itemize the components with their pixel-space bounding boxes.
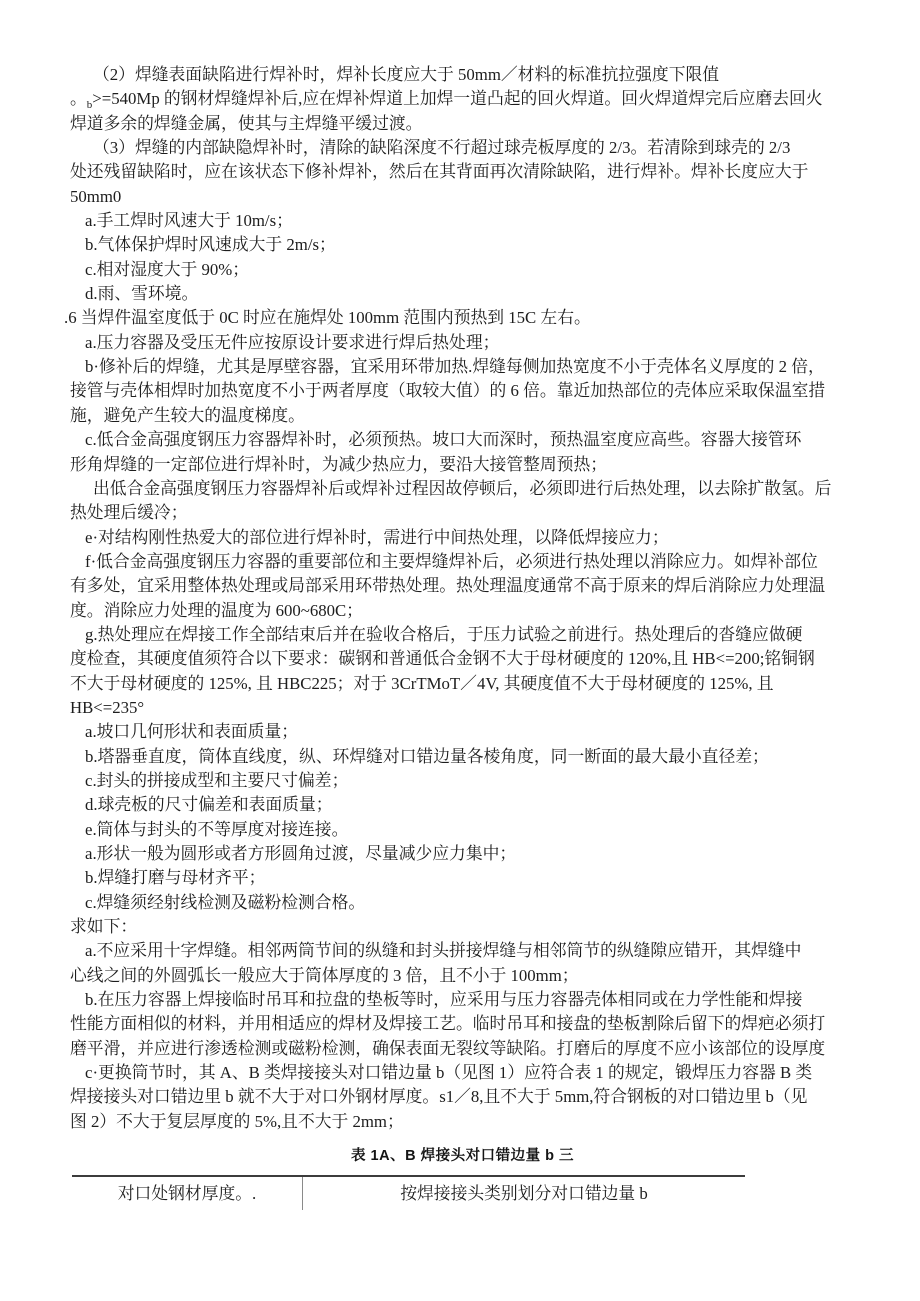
text-line: 心线之间的外圆弧长一般应大于筒体厚度的 3 倍，且不小于 100mm； [70, 964, 862, 988]
text-line: e·对结构刚性热爱大的部位进行焊补时，需进行中间热处理，以降低焊接应力； [70, 526, 862, 550]
text-line: c·更换筒节时，其 A、B 类焊接接头对口错边量 b（见图 1）应符合表 1 的… [70, 1061, 862, 1085]
text-line: 热处理后缓冷； [70, 501, 862, 525]
text-line: b.焊缝打磨与母材齐平； [70, 866, 862, 890]
text-line: c.封头的拼接成型和主要尺寸偏差； [70, 769, 862, 793]
table-caption: 表 1A、B 焊接头对口错边量 b 三 [70, 1144, 855, 1168]
text-line: c.焊缝须经射线检测及磁粉检测合格。 [70, 891, 862, 915]
text-line: 磨平滑，并应进行渗透检测或磁粉检测，确保表面无裂纹等缺陷。打磨后的厚度不应小该部… [70, 1037, 862, 1061]
document-content: （2）焊缝表面缺陷进行焊补时，焊补长度应大于 50mm／材料的标准抗拉强度下限值… [0, 0, 920, 1210]
text-line: 50mm0 [70, 185, 862, 209]
text-line: a.坡口几何形状和表面质量； [70, 720, 862, 744]
text-line: 焊道多余的焊缝金属，使其与主焊缝平缓过渡。 [70, 112, 862, 136]
text-line: b·修补后的焊缝，尤其是厚壁容器，宜采用环带加热.焊缝每侧加热宽度不小于壳体名义… [70, 355, 862, 379]
text-line: f·低合金高强度钢压力容器的重要部位和主要焊缝焊补后，必须进行热处理以消除应力。… [70, 550, 862, 574]
misalignment-table: 对口处钢材厚度。. 按焊接接头类别划分对口错边量 b [72, 1175, 745, 1210]
text-line: 度检查，其硬度值须符合以下要求：碳钢和普通低合金钢不大于母材硬度的 120%,且… [70, 647, 862, 671]
text-line: （2）焊缝表面缺陷进行焊补时，焊补长度应大于 50mm／材料的标准抗拉强度下限值 [70, 63, 862, 87]
document-page: （2）焊缝表面缺陷进行焊补时，焊补长度应大于 50mm／材料的标准抗拉强度下限值… [0, 0, 920, 1301]
text-lines: （2）焊缝表面缺陷进行焊补时，焊补长度应大于 50mm／材料的标准抗拉强度下限值… [70, 63, 862, 1134]
text-line: .6 当焊件温室度低于 0C 时应在施焊处 100mm 范围内预热到 15C 左… [64, 306, 862, 330]
text-line: 形角焊缝的一定部位进行焊补时，为减少热应力，要沿大接管整周预热； [70, 453, 862, 477]
col-header-steel-thickness: 对口处钢材厚度。. [72, 1177, 303, 1210]
line-text: >=540Mp 的钢材焊缝焊补后,应在焊补焊道上加焊一道凸起的回火焊道。回火焊道… [92, 89, 822, 108]
text-line: c.相对湿度大于 90%； [70, 258, 862, 282]
text-line: 度。消除应力处理的温度为 600~680C； [70, 599, 862, 623]
text-line: b.在压力容器上焊接临时吊耳和拉盘的垫板等时，应采用与压力容器壳体相同或在力学性… [70, 988, 862, 1012]
text-line: 处还残留缺陷时，应在该状态下修补焊补，然后在其背面再次清除缺陷，进行焊补。焊补长… [70, 160, 862, 184]
text-line: 不大于母材硬度的 125%, 且 HBC225；对于 3CrTMoT／4V, 其… [70, 672, 862, 696]
text-line: 求如下： [70, 915, 862, 939]
text-line: b.塔器垂直度，筒体直线度，纵、环焊缝对口错边量各棱角度，同一断面的最大最小直径… [70, 745, 862, 769]
text-line: 性能方面相似的材料，并用相适应的焊材及焊接工艺。临时吊耳和接盘的垫板割除后留下的… [70, 1012, 862, 1036]
text-line: d.雨、雪环境。 [70, 282, 862, 306]
text-line: a.压力容器及受压无件应按原设计要求进行焊后热处理； [70, 331, 862, 355]
text-line: HB<=235° [70, 696, 862, 720]
text-line: 施，避免产生较大的温度梯度。 [70, 404, 862, 428]
text-line: b.气体保护焊时风速成大于 2m/s； [70, 233, 862, 257]
text-line: 焊接接头对口错边里 b 就不大于对口外钢材厚度。s1／8,且不大于 5mm,符合… [70, 1085, 862, 1109]
text-line: d.球壳板的尺寸偏差和表面质量； [70, 793, 862, 817]
text-line: a.手工焊时风速大于 10m/s； [70, 209, 862, 233]
text-line: e.筒体与封头的不等厚度对接连接。 [70, 818, 862, 842]
line-prefix: 。 [70, 89, 87, 108]
text-line: （3）焊缝的内部缺隐焊补时，清除的缺陷深度不行超过球壳板厚度的 2/3。若清除到… [70, 136, 862, 160]
text-line: 。b>=540Mp 的钢材焊缝焊补后,应在焊补焊道上加焊一道凸起的回火焊道。回火… [70, 87, 862, 111]
text-line: c.低合金高强度钢压力容器焊补时，必须预热。坡口大而深时，预热温室度应高些。容器… [70, 428, 862, 452]
text-line: 图 2）不大于复层厚度的 5%,且不大于 2mm； [70, 1110, 862, 1134]
text-line: a.形状一般为圆形或者方形圆角过渡，尽量减少应力集中； [70, 842, 862, 866]
text-line: a.不应采用十字焊缝。相邻两筒节间的纵缝和封头拼接焊缝与相邻筒节的纵缝隙应错开，… [70, 939, 862, 963]
text-line: g.热处理应在焊接工作全部结束后并在验收合格后，于压力试验之前进行。热处理后的沓… [70, 623, 862, 647]
text-line: 接管与壳体相焊时加热宽度不小于两者厚度（取较大值）的 6 倍。靠近加热部位的壳体… [70, 379, 862, 403]
col-header-misalignment-by-joint-type: 按焊接接头类别划分对口错边量 b [303, 1177, 745, 1210]
text-line: 出低合金高强度钢压力容器焊补后或焊补过程因故停顿后，必须即进行后热处理，以去除扩… [70, 477, 862, 501]
text-line: 有多处，宜采用整体热处理或局部采用环带热处理。热处理温度通常不高于原来的焊后消除… [70, 574, 862, 598]
